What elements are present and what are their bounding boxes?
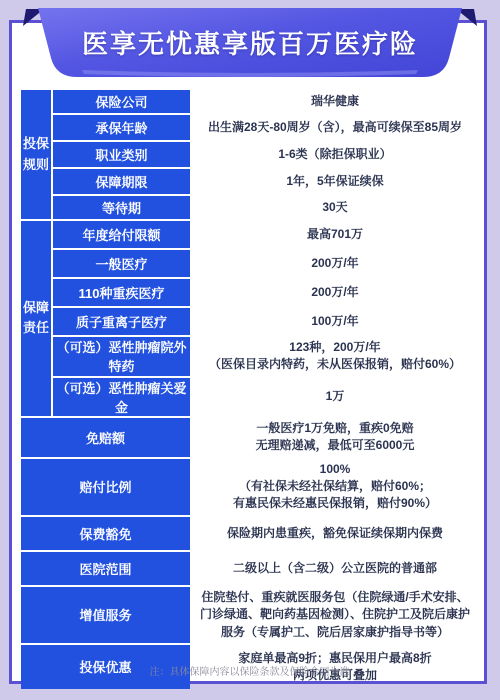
row-label: 免赔额 <box>21 418 190 457</box>
row-value-line: 1-6类（除拒保职业） <box>278 146 391 163</box>
row-value: 二级以上（含二级）公立医院的普通部 <box>192 552 478 585</box>
row-value-line: 一般医疗1万免赔，重疾0免赔 <box>256 420 413 437</box>
row-value-line: 住院垫付、重疾就医服务包（住院绿通/手术安排、门诊绿通、靶向药基因检测）、住院护… <box>198 589 472 641</box>
title-banner: 医享无忧惠享版百万医疗险 <box>22 8 478 78</box>
row-label: 保险公司 <box>53 90 190 113</box>
row-value-line: （医保目录内特药，未从医保报销，赔付60%） <box>209 356 461 373</box>
page-title: 医享无忧惠享版百万医疗险 <box>22 24 478 61</box>
row-value: 100万/年 <box>192 308 478 335</box>
row-value: 出生满28天-80周岁（含），最高可续保至85周岁 <box>192 115 478 140</box>
row-value: 100%（有社保未经社保结算，赔付60%；有惠民保未经惠民保报销，赔付90%） <box>192 459 478 515</box>
row-label: 等待期 <box>53 196 190 219</box>
row-value-line: 最高701万 <box>307 226 363 243</box>
table-row: 职业类别1-6类（除拒保职业） <box>53 142 478 167</box>
table-row: 赔付比例100%（有社保未经社保结算，赔付60%；有惠民保未经惠民保报销，赔付9… <box>21 459 478 515</box>
row-label: 年度给付限额 <box>53 221 190 248</box>
row-value: 1万 <box>192 378 478 416</box>
insurance-info-table: 投保规则保险公司瑞华健康承保年龄出生满28天-80周岁（含），最高可续保至85周… <box>21 90 478 689</box>
section-group-cell: 保障责任 <box>21 221 51 416</box>
row-label: 增值服务 <box>21 587 190 643</box>
row-value-line: 123种，200万/年 <box>289 339 380 356</box>
row-value: 瑞华健康 <box>192 90 478 113</box>
row-label: 赔付比例 <box>21 459 190 515</box>
row-value: 1-6类（除拒保职业） <box>192 142 478 167</box>
row-value-line: 100% <box>320 461 351 478</box>
table-section: 投保规则保险公司瑞华健康承保年龄出生满28天-80周岁（含），最高可续保至85周… <box>21 90 478 219</box>
table-row: 医院范围二级以上（含二级）公立医院的普通部 <box>21 552 478 585</box>
row-label: 医院范围 <box>21 552 190 585</box>
table-row: 免赔额一般医疗1万免赔，重疾0免赔无理赔递减，最低可至6000元 <box>21 418 478 457</box>
section-group-cell: 投保规则 <box>21 90 51 219</box>
row-value: 住院垫付、重疾就医服务包（住院绿通/手术安排、门诊绿通、靶向药基因检测）、住院护… <box>192 587 478 643</box>
row-value-line: 30天 <box>322 199 347 216</box>
table-row: 保险公司瑞华健康 <box>53 90 478 113</box>
row-value: 30天 <box>192 196 478 219</box>
section-group-label: 投保规则 <box>23 134 49 176</box>
table-row: 承保年龄出生满28天-80周岁（含），最高可续保至85周岁 <box>53 115 478 140</box>
row-label: 保费豁免 <box>21 517 190 550</box>
table-row: （可选）恶性肿瘤关爱金1万 <box>53 378 478 416</box>
row-value-line: 出生满28天-80周岁（含），最高可续保至85周岁 <box>208 119 462 136</box>
row-value: 1年，5年保证续保 <box>192 169 478 194</box>
table-section: 保障责任年度给付限额最高701万一般医疗200万/年110种重疾医疗200万/年… <box>21 221 478 416</box>
row-label: 110种重疾医疗 <box>53 279 190 306</box>
table-row: 增值服务住院垫付、重疾就医服务包（住院绿通/手术安排、门诊绿通、靶向药基因检测）… <box>21 587 478 643</box>
row-value: 200万/年 <box>192 250 478 277</box>
footer-note: 注：具体保障内容以保险条款及保险合同为准 <box>21 663 478 678</box>
row-value: 200万/年 <box>192 279 478 306</box>
row-label: 保障期限 <box>53 169 190 194</box>
row-label: 承保年龄 <box>53 115 190 140</box>
row-label: 一般医疗 <box>53 250 190 277</box>
row-value: 一般医疗1万免赔，重疾0免赔无理赔递减，最低可至6000元 <box>192 418 478 457</box>
row-value-line: 1万 <box>326 388 345 405</box>
row-value-line: 200万/年 <box>311 284 358 301</box>
table-section: 免赔额一般医疗1万免赔，重疾0免赔无理赔递减，最低可至6000元赔付比例100%… <box>21 418 478 689</box>
table-row: 110种重疾医疗200万/年 <box>53 279 478 306</box>
row-value-line: 无理赔递减，最低可至6000元 <box>256 437 415 454</box>
row-label: 质子重离子医疗 <box>53 308 190 335</box>
table-row: 质子重离子医疗100万/年 <box>53 308 478 335</box>
row-value: 保险期内患重疾，豁免保证续保期内保费 <box>192 517 478 550</box>
row-value: 123种，200万/年（医保目录内特药，未从医保报销，赔付60%） <box>192 337 478 376</box>
table-row: 保障期限1年，5年保证续保 <box>53 169 478 194</box>
row-value-line: 保险期内患重疾，豁免保证续保期内保费 <box>227 525 443 542</box>
table-row: 年度给付限额最高701万 <box>53 221 478 248</box>
row-value-line: 有惠民保未经惠民保报销，赔付90%） <box>233 495 437 512</box>
row-label: （可选）恶性肿瘤院外特药 <box>53 337 190 376</box>
row-label: （可选）恶性肿瘤关爱金 <box>53 378 190 416</box>
table-row: （可选）恶性肿瘤院外特药123种，200万/年（医保目录内特药，未从医保报销，赔… <box>53 337 478 376</box>
section-group-label: 保障责任 <box>23 298 49 340</box>
table-row: 一般医疗200万/年 <box>53 250 478 277</box>
table-row: 等待期30天 <box>53 196 478 219</box>
row-value-line: 1年，5年保证续保 <box>286 173 383 190</box>
row-label: 职业类别 <box>53 142 190 167</box>
row-value-line: 瑞华健康 <box>311 93 359 110</box>
page-background: 医享无忧惠享版百万医疗险 投保规则保险公司瑞华健康承保年龄出生满28天-80周岁… <box>0 0 500 700</box>
row-value: 最高701万 <box>192 221 478 248</box>
row-value-line: 200万/年 <box>311 255 358 272</box>
table-row: 保费豁免保险期内患重疾，豁免保证续保期内保费 <box>21 517 478 550</box>
row-value-line: （有社保未经社保结算，赔付60%； <box>239 478 431 495</box>
row-value-line: 二级以上（含二级）公立医院的普通部 <box>233 560 437 577</box>
row-value-line: 100万/年 <box>311 313 358 330</box>
